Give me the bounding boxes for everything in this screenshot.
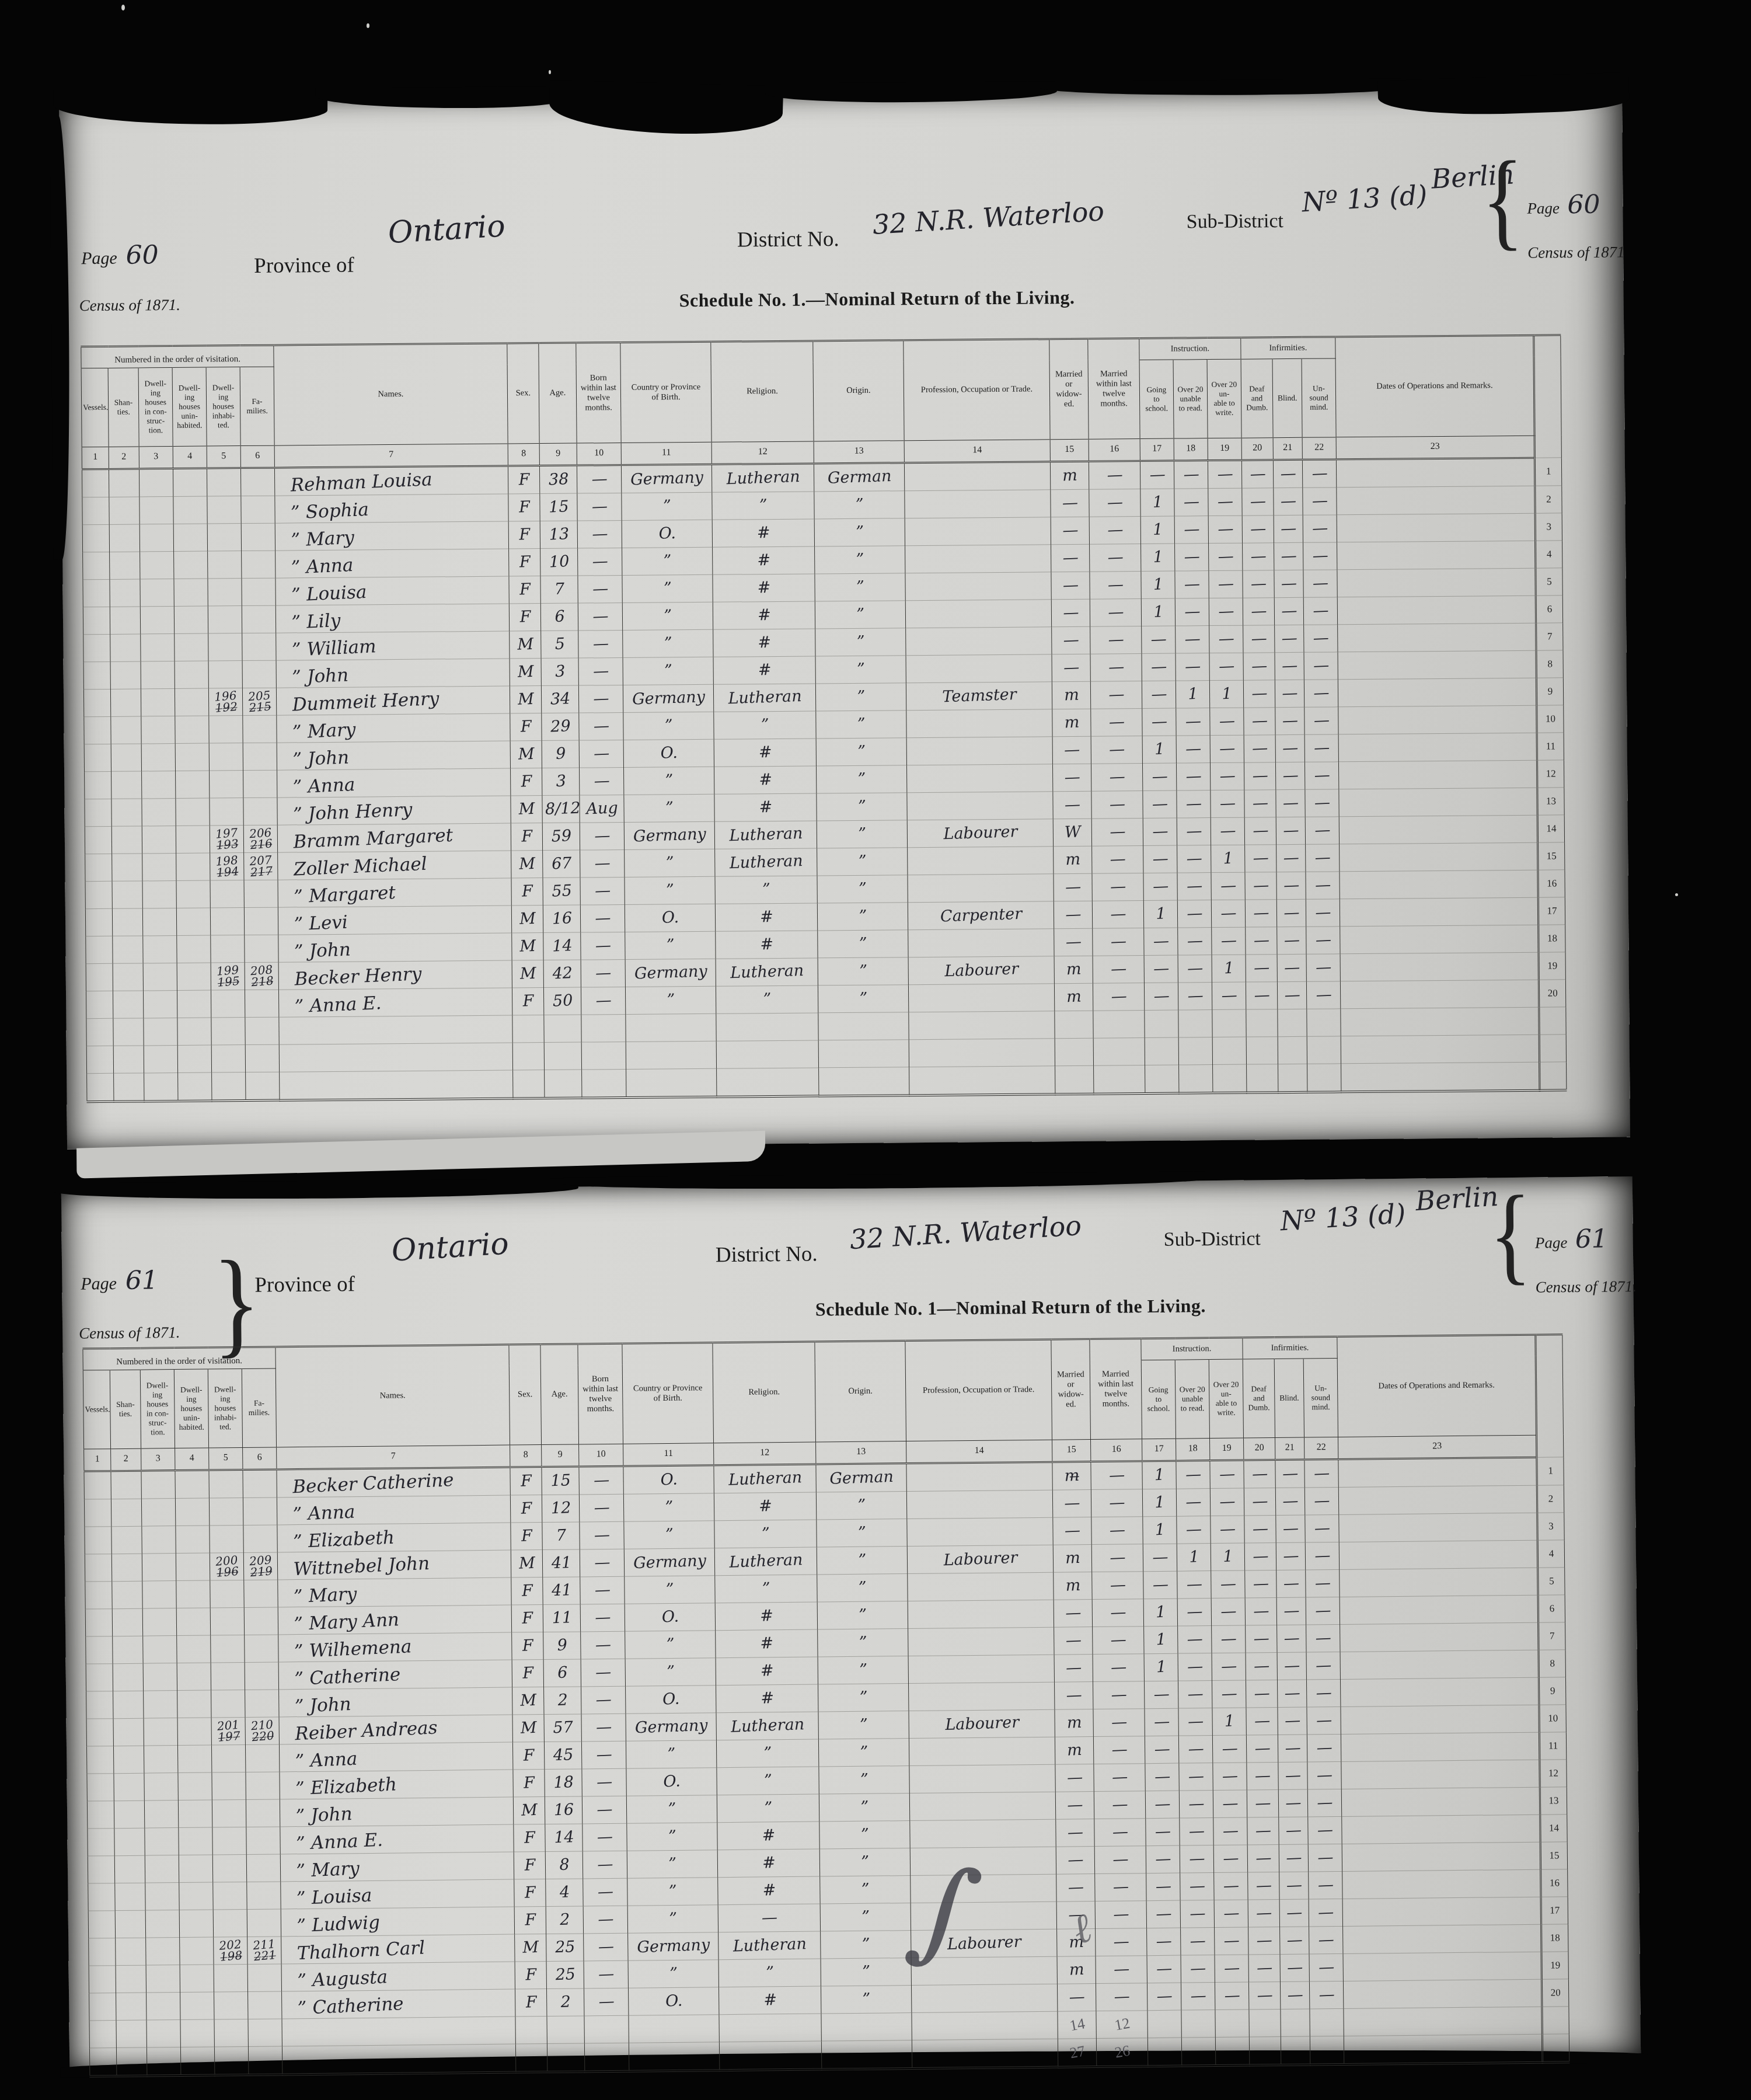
rownum-header xyxy=(1536,1335,1564,1457)
cell-col12: ” xyxy=(716,1737,819,1768)
cell-col9: 45 xyxy=(544,1741,582,1770)
cell-col21: — xyxy=(1273,487,1303,516)
cell-col3 xyxy=(141,633,175,661)
cell-col4 xyxy=(179,1882,213,1910)
cell-col15: m xyxy=(1054,983,1094,1011)
cell-col12: # xyxy=(712,572,815,603)
district-label: District No. xyxy=(716,1242,818,1268)
cell-col15: m xyxy=(1055,1736,1094,1764)
cell-col17: — xyxy=(1143,817,1178,846)
column-number-21: 21 xyxy=(1273,437,1302,459)
cell-col9: 13 xyxy=(540,520,578,549)
cell-col5 xyxy=(210,1525,243,1553)
cell-col17: — xyxy=(1146,1927,1181,1956)
cell-col23 xyxy=(1336,458,1534,487)
cell-col4 xyxy=(177,1718,211,1746)
cell-col18: — xyxy=(1177,1598,1212,1627)
cell-col22: — xyxy=(1306,1651,1341,1680)
cell-col9: 11 xyxy=(543,1604,581,1632)
cell-col18: — xyxy=(1178,1708,1213,1736)
cell-col8: F xyxy=(511,877,543,906)
column-number-1: 1 xyxy=(82,447,109,469)
row-number: 7 xyxy=(1539,1622,1565,1649)
visitation-group-header: Numbered in the order of visitation. xyxy=(83,1347,275,1370)
cell-col9: 4 xyxy=(545,1878,584,1907)
column-header-14: Profession, Occupation or Trade. xyxy=(905,1339,1052,1441)
header-row: Numbered in the order of visitation.Name… xyxy=(81,335,1561,368)
cell-col13: ” xyxy=(817,819,908,849)
row-number: 12 xyxy=(1537,760,1564,788)
cell-col22 xyxy=(1307,1009,1341,1036)
cell-col14: Carpenter xyxy=(908,899,1054,931)
cell-col16 xyxy=(1094,1065,1145,1093)
cell-col18 xyxy=(1178,1009,1212,1037)
cell-col2 xyxy=(113,1718,144,1746)
cell-col21: — xyxy=(1276,1597,1307,1625)
cell-col18: — xyxy=(1179,1817,1214,1845)
cell-col14 xyxy=(909,1011,1055,1039)
subdistrict-value-handwritten: Nº 13 (d) xyxy=(1279,1197,1407,1237)
cell-col8: F xyxy=(508,548,541,577)
cell-col17: — xyxy=(1143,872,1178,901)
cell-col14 xyxy=(909,1764,1055,1793)
cell-col17: — xyxy=(1145,1817,1180,1846)
cell-col12: Lutheran xyxy=(716,1710,819,1741)
cell-col9: 25 xyxy=(546,1933,584,1962)
cell-col2 xyxy=(111,1499,141,1526)
cell-col16: — xyxy=(1091,1516,1143,1545)
cell-col3 xyxy=(141,716,175,743)
cell-col23 xyxy=(1338,705,1537,734)
cell-col14 xyxy=(909,1792,1055,1820)
column-number-2: 2 xyxy=(109,447,139,469)
cell-col12: ” xyxy=(716,1765,819,1796)
cell-col18: — xyxy=(1175,625,1210,654)
cell-col20: — xyxy=(1245,1652,1278,1680)
cell-col7 xyxy=(279,1015,512,1044)
row-number: 8 xyxy=(1536,650,1563,678)
cell-col16: — xyxy=(1092,955,1145,984)
column-number-11: 11 xyxy=(621,442,711,465)
cell-col13: ” xyxy=(819,1819,911,1850)
cell-col21: — xyxy=(1275,679,1305,708)
cell-col6: 205 2̶1̶5̶ xyxy=(242,687,277,716)
cell-col21: — xyxy=(1275,1459,1305,1488)
row-number: 6 xyxy=(1536,595,1562,623)
cell-col15: — xyxy=(1051,653,1091,682)
cell-col9: 41 xyxy=(542,1549,581,1577)
cell-col18: — xyxy=(1176,762,1211,791)
cell-col22: — xyxy=(1302,487,1337,516)
cell-col20: — xyxy=(1244,1488,1276,1516)
cell-col8 xyxy=(512,1015,544,1042)
cell-col4 xyxy=(177,1690,211,1718)
cell-col12: # xyxy=(714,737,817,768)
cell-col15: — xyxy=(1056,1845,1096,1874)
cell-col5 xyxy=(209,1469,243,1498)
column-header-14: Profession, Occupation or Trade. xyxy=(904,339,1050,441)
torn-edge xyxy=(316,86,567,109)
row-number: 15 xyxy=(1538,842,1565,870)
cell-col20: — xyxy=(1246,1679,1278,1708)
cell-col2 xyxy=(109,497,139,524)
cell-col21: — xyxy=(1276,1542,1306,1570)
cell-col23 xyxy=(1340,952,1539,981)
cell-col9: 16 xyxy=(543,904,581,933)
cell-col12: Lutheran xyxy=(714,1545,818,1576)
cell-col3 xyxy=(144,1772,178,1801)
cell-col1 xyxy=(86,1663,113,1691)
cell-col3 xyxy=(146,1965,180,1993)
cell-col14 xyxy=(906,1462,1052,1491)
cell-col21: — xyxy=(1278,1734,1308,1763)
cell-col19 xyxy=(1215,2010,1249,2038)
cell-col23 xyxy=(1338,678,1536,707)
cell-col10: — xyxy=(580,876,625,906)
cell-col8: M xyxy=(511,960,544,988)
cell-col20: — xyxy=(1247,1871,1280,1900)
cell-col1 xyxy=(86,1046,113,1073)
cell-col3 xyxy=(147,2019,180,2047)
cell-col8 xyxy=(513,1070,545,1098)
cell-col20: — xyxy=(1244,1515,1276,1544)
cell-col13: ” xyxy=(815,681,907,712)
column-number-13: 13 xyxy=(814,440,904,463)
cell-col16 xyxy=(1093,1037,1145,1065)
cell-col1 xyxy=(83,634,110,661)
cell-col2 xyxy=(113,1018,144,1046)
cell-col1 xyxy=(87,1073,114,1102)
cell-col2 xyxy=(114,1773,144,1801)
cell-col12 xyxy=(719,2041,821,2070)
province-label: Province of xyxy=(254,1272,355,1298)
cell-col4 xyxy=(177,1745,211,1773)
cell-col21: — xyxy=(1274,652,1304,680)
cell-col9: 10 xyxy=(540,548,578,576)
row-number: 5 xyxy=(1536,568,1562,595)
cell-col5: 201 1̶9̶7̶ xyxy=(210,1716,246,1746)
cell-col9: 50 xyxy=(543,987,582,1015)
column-number-4: 4 xyxy=(175,1448,209,1471)
cell-col22: — xyxy=(1304,679,1339,708)
column-header-7: Names. xyxy=(274,343,508,445)
province-value-handwritten: Ontario xyxy=(387,208,506,250)
cell-col1 xyxy=(85,1608,112,1636)
census-table-60: Numbered in the order of visitation.Name… xyxy=(81,334,1567,1103)
cell-col12 xyxy=(719,2014,821,2042)
cell-col3 xyxy=(142,826,176,853)
cell-col6 xyxy=(246,1854,280,1882)
subdistrict-label: Sub-District xyxy=(1187,210,1284,233)
cell-col14 xyxy=(905,572,1051,600)
cell-col11: ” xyxy=(623,1492,715,1523)
cell-col17: — xyxy=(1146,1900,1181,1928)
row-number: 14 xyxy=(1540,1814,1567,1841)
row-number: 19 xyxy=(1539,952,1565,980)
cell-col20 xyxy=(1246,1009,1278,1036)
cell-col5 xyxy=(214,2019,248,2047)
cell-col15: — xyxy=(1052,790,1092,819)
cell-col11: ” xyxy=(627,1958,719,1989)
cell-col13: ” xyxy=(818,1737,910,1768)
cell-col2 xyxy=(114,1828,145,1855)
cell-col11: Germany xyxy=(621,463,713,494)
cell-col5 xyxy=(209,743,243,770)
cell-col13: ” xyxy=(818,983,909,1014)
cell-col5 xyxy=(210,907,244,935)
cell-col1 xyxy=(82,497,109,524)
cell-col13 xyxy=(821,2012,912,2040)
cell-col2 xyxy=(111,771,142,799)
column-number-11: 11 xyxy=(623,1443,714,1465)
cell-col18: — xyxy=(1179,1790,1214,1819)
corner-census: Census of 1871. xyxy=(1535,1279,1637,1295)
cell-col10 xyxy=(582,1069,626,1098)
cell-col19: 1 xyxy=(1211,954,1246,983)
cell-col1 xyxy=(86,1018,113,1046)
cell-col11 xyxy=(629,2042,719,2071)
torn-edge xyxy=(765,81,1057,103)
cell-col16: — xyxy=(1093,982,1145,1011)
cell-col19: — xyxy=(1211,1625,1246,1653)
cell-col11: ” xyxy=(621,491,713,521)
cell-col2 xyxy=(112,881,142,908)
row-number: 18 xyxy=(1539,925,1565,952)
column-number-18: 18 xyxy=(1174,438,1208,460)
cell-col19: — xyxy=(1208,570,1243,598)
cell-col15: m xyxy=(1056,1955,1096,1984)
cell-col12: Lutheran xyxy=(713,1462,817,1494)
cell-col9: 57 xyxy=(543,1714,582,1742)
cell-col3 xyxy=(142,880,176,908)
row-number: 13 xyxy=(1537,788,1564,815)
cell-col8 xyxy=(512,1042,544,1070)
cell-col14 xyxy=(908,846,1054,875)
cell-col20: — xyxy=(1243,625,1275,653)
cell-col10: — xyxy=(583,1905,629,1934)
cell-col21: — xyxy=(1277,1679,1307,1708)
cell-col4 xyxy=(177,990,211,1018)
cell-col20: — xyxy=(1243,1460,1276,1489)
cell-col13: ” xyxy=(814,572,906,602)
cell-col2 xyxy=(116,1965,146,1993)
cell-col2 xyxy=(113,1663,143,1691)
cell-col18: — xyxy=(1180,1927,1215,1955)
cell-col17: 1 xyxy=(1142,735,1177,764)
dust-speck xyxy=(367,23,369,28)
subdistrict-label: Sub-District xyxy=(1164,1228,1261,1251)
cell-col20: — xyxy=(1248,1981,1281,2010)
cell-col1 xyxy=(84,1471,111,1499)
cell-col22: — xyxy=(1309,1925,1344,1954)
cell-col12 xyxy=(716,1040,818,1068)
cell-col18: — xyxy=(1178,1763,1213,1791)
cell-col22: — xyxy=(1303,624,1338,653)
cell-col13: ” xyxy=(816,736,908,767)
cell-col22: — xyxy=(1303,597,1338,625)
cell-col9: 16 xyxy=(545,1796,583,1824)
row-number: 14 xyxy=(1537,815,1564,842)
cell-col12: ” xyxy=(717,1792,820,1823)
cell-col18: 1 xyxy=(1176,680,1211,709)
cell-col4 xyxy=(175,716,209,743)
cell-col19: — xyxy=(1210,1488,1245,1516)
cell-col19: — xyxy=(1211,927,1246,955)
cell-col11: ” xyxy=(624,848,716,878)
cell-col10 xyxy=(584,2043,629,2071)
cell-col17: — xyxy=(1142,680,1177,709)
cell-col22: — xyxy=(1305,1569,1340,1597)
subdistrict-name-handwritten: Berlin xyxy=(1415,1180,1499,1217)
cell-col11: ” xyxy=(627,1903,719,1934)
torn-edge xyxy=(563,1171,1205,1192)
column-number-17: 17 xyxy=(1140,438,1174,461)
cell-col22: — xyxy=(1305,1541,1340,1570)
cell-col8: M xyxy=(510,685,542,714)
cell-col5 xyxy=(210,1580,244,1608)
cell-col9: 7 xyxy=(540,575,578,604)
cell-col6 xyxy=(244,880,278,907)
cell-col14 xyxy=(909,1038,1055,1067)
cell-col9 xyxy=(544,1015,581,1043)
cell-col16: — xyxy=(1090,653,1142,682)
cell-col18: — xyxy=(1180,1844,1215,1873)
cell-col17: 1 xyxy=(1140,543,1176,572)
cell-col10: — xyxy=(580,821,625,851)
cell-col4 xyxy=(176,908,210,935)
cell-col6: 210 2̶2̶0̶ xyxy=(244,1716,280,1746)
cell-col16: — xyxy=(1090,680,1143,709)
cell-col15: m xyxy=(1053,1544,1093,1572)
cell-col12: # xyxy=(715,929,818,960)
column-header-15: Married or widow- ed. xyxy=(1049,339,1089,439)
cell-col6 xyxy=(247,1909,281,1937)
cell-col13: ” xyxy=(820,1929,912,1960)
cell-col12: Lutheran xyxy=(713,682,816,713)
row-number xyxy=(1539,1007,1566,1035)
column-header-4: Dwell- ing houses unin- habited. xyxy=(174,1369,208,1448)
cell-col19: — xyxy=(1215,1981,1250,2010)
cell-col3 xyxy=(141,661,175,688)
cell-col2 xyxy=(110,552,140,579)
cell-col3 xyxy=(139,496,173,524)
cell-col3 xyxy=(141,688,175,716)
cell-col20: — xyxy=(1245,927,1278,955)
cell-col6 xyxy=(245,1690,279,1718)
cell-col23 xyxy=(1340,1650,1539,1679)
column-header-11: Country or Province of Birth. xyxy=(620,342,711,443)
cell-col1 xyxy=(84,1499,111,1526)
cell-col17: — xyxy=(1143,1570,1178,1599)
cell-col4 xyxy=(177,963,211,990)
cell-col5 xyxy=(208,633,242,660)
cell-col11: O. xyxy=(625,1601,716,1632)
cell-col1 xyxy=(85,881,112,908)
cell-col16: — xyxy=(1091,1570,1144,1600)
cell-col15: — xyxy=(1053,873,1093,901)
cell-col20: — xyxy=(1244,789,1276,818)
cell-col11: ” xyxy=(625,1629,716,1660)
column-number-14: 14 xyxy=(906,1440,1052,1463)
column-number-18: 18 xyxy=(1176,1438,1210,1461)
column-number-9: 9 xyxy=(542,1444,579,1467)
cell-col17 xyxy=(1145,1065,1179,1093)
page-label: Page 60 xyxy=(81,240,159,270)
cell-col3 xyxy=(142,1608,176,1636)
cell-col14 xyxy=(905,517,1051,545)
cell-col17: 1 xyxy=(1142,1488,1177,1517)
cell-col3 xyxy=(144,1045,177,1072)
row-number: 4 xyxy=(1537,1540,1564,1567)
cell-col4 xyxy=(177,935,211,963)
cell-col11: O. xyxy=(626,1766,717,1797)
cell-col15: — xyxy=(1052,1489,1092,1517)
cell-col4 xyxy=(173,496,207,524)
cell-col4 xyxy=(176,826,210,853)
column-header-10: Born within last twelve months. xyxy=(576,343,621,443)
cell-col15: — xyxy=(1055,1763,1094,1792)
cell-col20: — xyxy=(1241,487,1274,516)
cell-col10: — xyxy=(582,1850,628,1879)
cell-col2 xyxy=(110,607,140,634)
cell-col13: ” xyxy=(815,599,906,629)
row-number: 13 xyxy=(1540,1786,1567,1814)
cell-col17: — xyxy=(1142,790,1177,819)
cell-col21: — xyxy=(1276,926,1307,955)
column-number-22: 22 xyxy=(1302,437,1336,459)
cell-col9: 12 xyxy=(542,1494,580,1523)
cell-col13: ” xyxy=(819,1874,911,1905)
cell-col2 xyxy=(112,1581,142,1608)
cell-col13 xyxy=(818,1039,909,1067)
cell-col14 xyxy=(908,1600,1054,1628)
cell-col20: — xyxy=(1244,762,1276,790)
cell-col9: 5 xyxy=(540,630,579,659)
column-number-21: 21 xyxy=(1275,1437,1304,1460)
cell-col22: — xyxy=(1305,871,1340,900)
cell-col23 xyxy=(1341,1705,1539,1734)
cell-col6 xyxy=(244,907,278,935)
cell-col15: — xyxy=(1052,736,1092,764)
cell-col17: 1 xyxy=(1141,598,1176,626)
cell-col21: — xyxy=(1276,1569,1306,1598)
cell-col22: — xyxy=(1307,1788,1342,1817)
cell-col10: — xyxy=(579,767,625,796)
cell-col21: — xyxy=(1276,1624,1307,1653)
cell-col3 xyxy=(146,1937,180,1965)
cell-col20: — xyxy=(1244,1542,1277,1570)
cell-col3 xyxy=(144,1718,177,1746)
cell-col19: — xyxy=(1210,789,1245,818)
cell-col21: — xyxy=(1279,1953,1310,1982)
cell-col2 xyxy=(113,1691,144,1718)
cell-col18: — xyxy=(1176,1460,1211,1489)
cell-col17: 1 xyxy=(1143,1625,1178,1654)
cell-col8: M xyxy=(509,658,542,687)
cell-col10: — xyxy=(583,1960,629,1989)
cell-col22: — xyxy=(1304,761,1340,790)
cell-col23 xyxy=(1343,1924,1541,1953)
row-number: 18 xyxy=(1541,1924,1568,1951)
cell-col17: 1 xyxy=(1143,1653,1178,1681)
cell-col4 xyxy=(179,1910,213,1938)
cell-col14 xyxy=(905,599,1051,628)
cell-col17: — xyxy=(1143,1543,1178,1572)
cell-col20: — xyxy=(1247,1816,1279,1845)
column-number-3: 3 xyxy=(141,1448,175,1471)
row-number: 1 xyxy=(1537,1457,1564,1485)
cell-col10: — xyxy=(578,657,623,686)
